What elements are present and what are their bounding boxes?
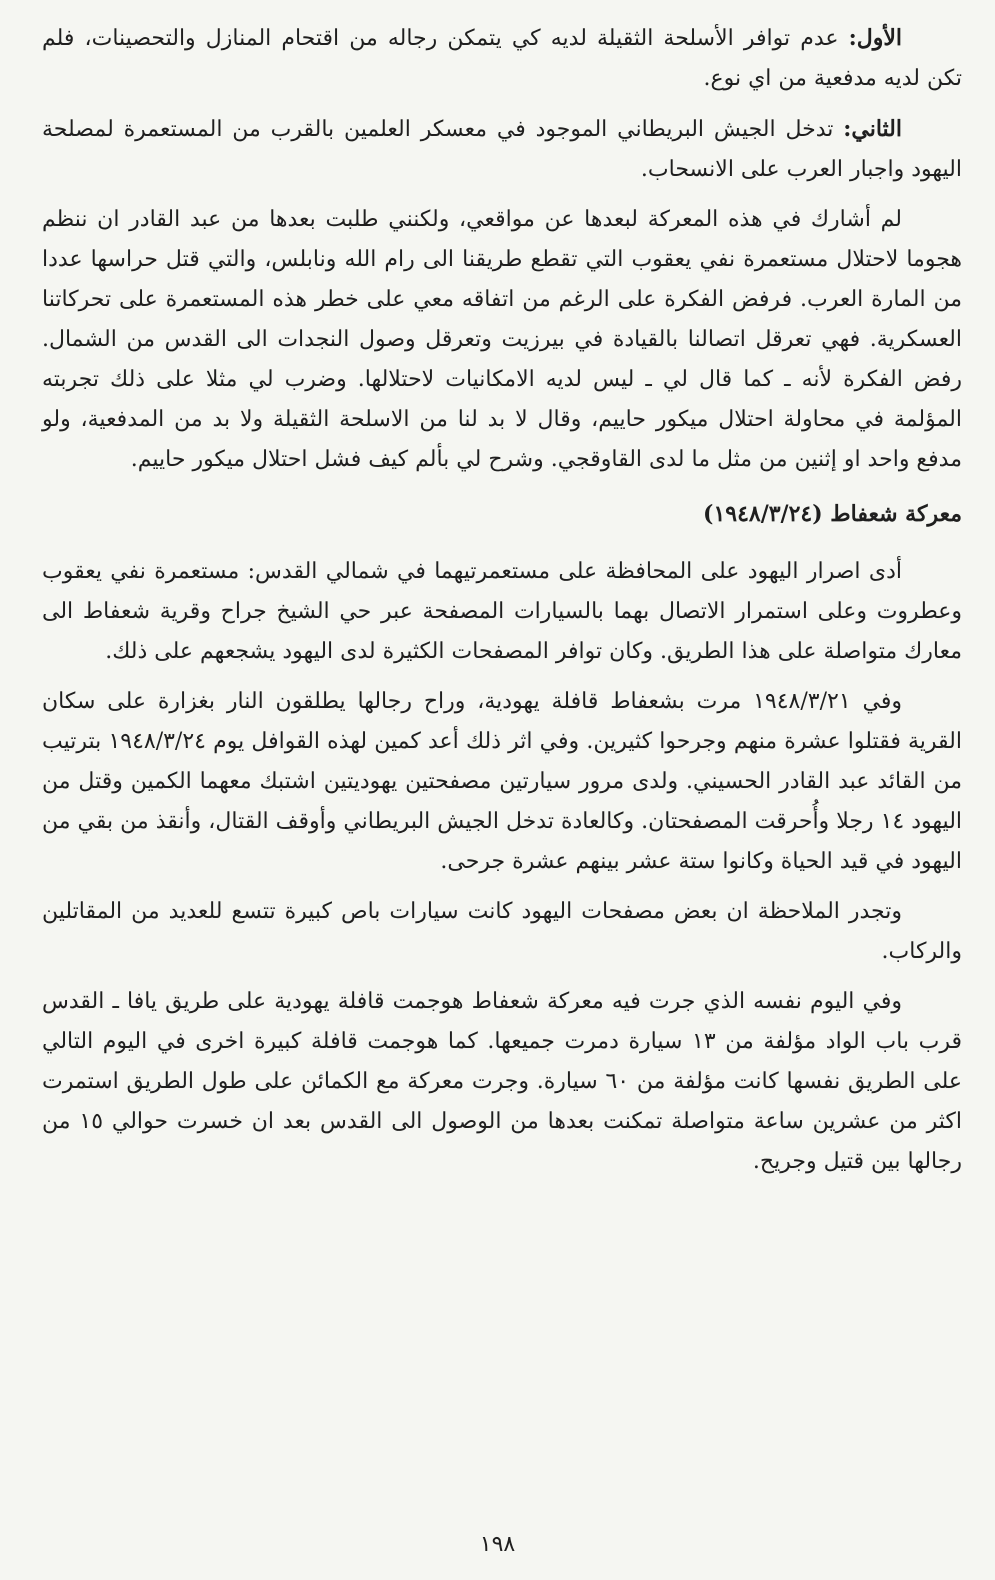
paragraph: لم أشارك في هذه المعركة لبعدها عن مواقعي… [42, 200, 962, 480]
paragraph: وتجدر الملاحظة ان بعض مصفحات اليهود كانت… [42, 892, 962, 972]
point-text: تدخل الجيش البريطاني الموجود في معسكر ال… [42, 117, 962, 182]
point-label: الثاني: [843, 116, 902, 142]
section-heading: معركة شعفاط (١٩٤٨/٣/٢٤) [42, 494, 962, 534]
paragraph: وفي ١٩٤٨/٣/٢١ مرت بشعفاط قافلة يهودية، و… [42, 682, 962, 882]
page-number: ١٩٨ [0, 1532, 995, 1557]
point-label: الأول: [849, 25, 902, 51]
point-first: الأول: عدم توافر الأسلحة الثقيلة لديه كي… [42, 18, 962, 99]
point-second: الثاني: تدخل الجيش البريطاني الموجود في … [42, 109, 962, 190]
point-text: عدم توافر الأسلحة الثقيلة لديه كي يتمكن … [42, 26, 962, 91]
book-page: الأول: عدم توافر الأسلحة الثقيلة لديه كي… [42, 18, 962, 1192]
paragraph: أدى اصرار اليهود على المحافظة على مستعمر… [42, 552, 962, 672]
paragraph: وفي اليوم نفسه الذي جرت فيه معركة شعفاط … [42, 982, 962, 1182]
